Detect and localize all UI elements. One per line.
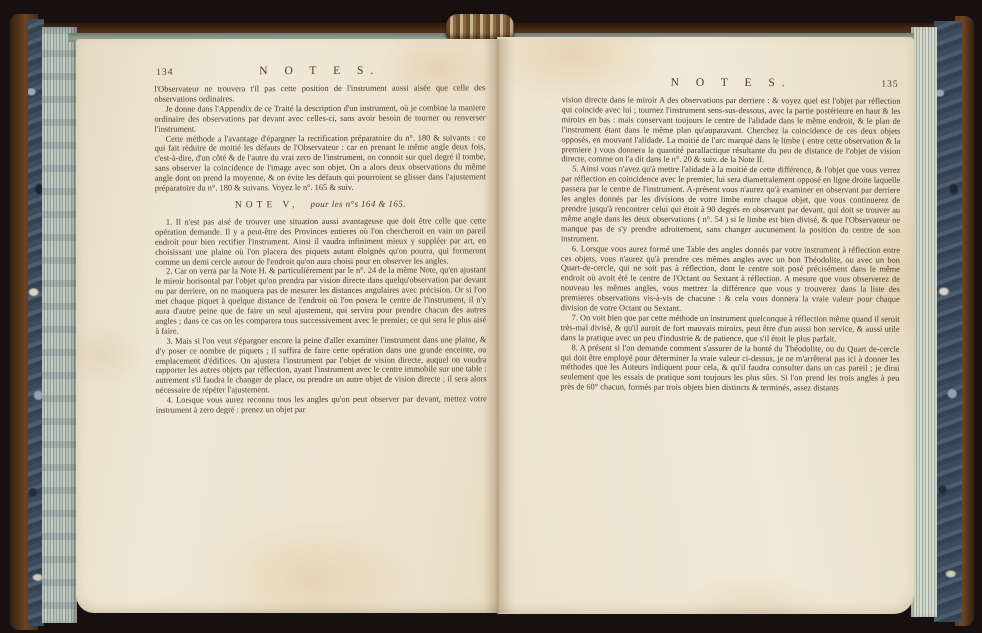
paragraph: 2. Car on verra par la Note H. & particu…: [155, 266, 486, 337]
page-left-content: 134 N O T E S. l'Observateur ne trouvera…: [154, 64, 487, 415]
page-left-header: 134 N O T E S.: [154, 64, 485, 81]
paragraph: 1. Il n'est pas aisé de trouver une situ…: [155, 216, 486, 267]
page-left: 134 N O T E S. l'Observateur ne trouvera…: [76, 39, 497, 613]
note-heading-label: NOTE V,: [235, 200, 299, 210]
page-left-body: l'Observateur ne trouvera t'il pas cette…: [154, 83, 486, 415]
page-edges-stack-right: [911, 27, 937, 617]
paragraph: Cette méthode a l'avantage d'épargner la…: [155, 133, 486, 194]
paragraph: 7. On voit bien que par cette méthode un…: [561, 313, 900, 344]
paragraph: 5. Ainsi vous n'avez qu'à mettre l'alida…: [561, 165, 900, 246]
page-number-left: 134: [156, 68, 173, 78]
page-right-body: vision directe dans le miroir A des obse…: [560, 95, 900, 394]
running-title-right: N O T E S.: [562, 76, 901, 89]
page-edges-stack-left: [42, 27, 77, 623]
paragraph: vision directe dans le miroir A des obse…: [561, 95, 900, 166]
headband: [446, 14, 514, 39]
paragraph: 6. Lorsque vous aurez formé une Table de…: [561, 244, 900, 315]
open-book-photo: 134 N O T E S. l'Observateur ne trouvera…: [0, 0, 982, 633]
note-heading: NOTE V,pour les n°s 164 & 165.: [155, 199, 486, 211]
note-heading-subtitle: pour les n°s 164 & 165.: [310, 199, 405, 209]
page-right-header: N O T E S. 135: [562, 76, 901, 93]
paragraph: 4. Lorsque vous aurez reconnu tous les a…: [156, 394, 487, 415]
paragraph: 3. Mais si l'on veut s'épargner encore l…: [155, 335, 486, 396]
paragraph: 8. A présent si l'on demande comment s'a…: [560, 343, 899, 394]
running-title-left: N O T E S.: [154, 64, 485, 77]
page-number-right: 135: [881, 80, 898, 90]
marbled-endpaper-right: [934, 21, 962, 622]
page-right: N O T E S. 135 vision directe dans le mi…: [497, 37, 914, 614]
page-right-content: N O T E S. 135 vision directe dans le mi…: [560, 76, 900, 394]
paragraph: l'Observateur ne trouvera t'il pas cette…: [154, 83, 485, 104]
paragraph: Je donne dans l'Appendix de ce Traité la…: [154, 103, 485, 134]
